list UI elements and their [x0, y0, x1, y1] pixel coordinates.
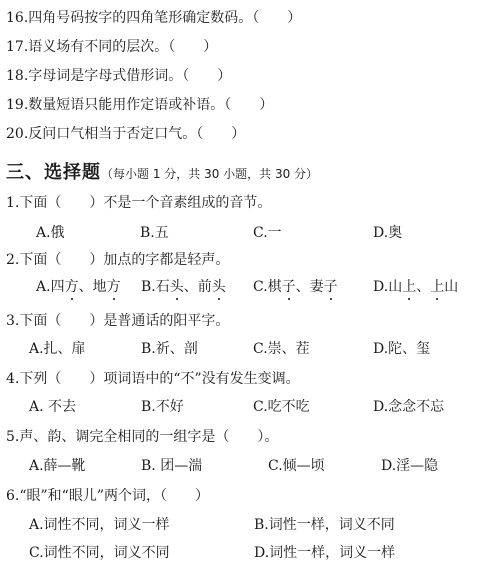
question-text: 字母词是字母式借形词。（ ） [28, 68, 231, 84]
option-d: D.陀、玺 [373, 340, 430, 358]
option-d: D.淫—隐 [381, 457, 438, 475]
emphasis-dot: 方 [65, 278, 79, 296]
option-a: A.薛—靴 [29, 457, 86, 475]
question-text: 数量短语只能用作定语或补语。（ ） [28, 97, 273, 113]
question-number: 16. [6, 10, 28, 26]
emphasis-dot: 头 [212, 278, 226, 296]
question-number: 1. [6, 195, 19, 211]
emphasis-dot: 子 [324, 278, 338, 296]
question-number: 5. [6, 429, 19, 445]
question-number: 6. [6, 488, 19, 504]
question-number: 17. [6, 39, 28, 55]
question-number: 20. [6, 126, 28, 142]
option-c: C.倾—顷 [268, 457, 325, 475]
question-text: 四角号码按字的四角笔形确定数码。（ ） [28, 10, 301, 26]
option-b: B.祈、剖 [141, 340, 198, 358]
option-c: C.吃不吃 [253, 398, 310, 416]
question-18: 18.字母词是字母式借形词。（ ） [6, 67, 231, 85]
question-2: 2.下面（ ）加点的字都是轻声。 [6, 251, 229, 269]
question-4: 4.下列（ ）项词语中的“不”没有发生变调。 [6, 370, 300, 388]
question-1: 1.下面（ ）不是一个音素组成的音节。 [6, 194, 271, 212]
section-title: 三、选择题 [6, 162, 101, 183]
question-19: 19.数量短语只能用作定语或补语。（ ） [6, 96, 273, 114]
option-c: C.词性不同，词义不同 [29, 544, 170, 562]
option-c: C.一 [253, 224, 282, 242]
question-number: 19. [6, 97, 28, 113]
emphasis-dot: 方 [107, 278, 121, 296]
option-c: C.棋子、妻子 [253, 278, 338, 296]
question-text: 声、韵、调完全相同的一组字是（ ）。 [19, 429, 278, 445]
option-a: A. 不去 [29, 398, 76, 416]
option-d: D.山上、上山 [373, 278, 458, 296]
question-number: 4. [6, 371, 19, 387]
option-a: A.俄 [36, 224, 65, 242]
question-5: 5.声、韵、调完全相同的一组字是（ ）。 [6, 428, 278, 446]
question-text: 下面（ ）是普通话的阳平字。 [19, 313, 229, 329]
option-a: A.扎、扉 [29, 340, 86, 358]
section-note: （每小题 1 分，共 30 小题，共 30 分） [101, 167, 318, 181]
option-b: B.词性一样，词义不同 [254, 516, 395, 534]
option-b: B.不好 [141, 398, 184, 416]
question-text: “眼”和“眼儿”两个词，（ ） [19, 488, 209, 504]
question-text: 语义场有不同的层次。（ ） [28, 39, 217, 55]
option-d: D.奥 [373, 224, 402, 242]
question-number: 2. [6, 252, 19, 268]
option-b: B. 团—湍 [141, 457, 202, 475]
option-c: C.崇、茬 [253, 340, 310, 358]
option-b: B.五 [140, 224, 169, 242]
option-d: D.词性一样，词义一样 [254, 544, 395, 562]
section-heading: 三、选择题（每小题 1 分，共 30 小题，共 30 分） [6, 158, 318, 184]
option-a: A.四方、地方 [36, 278, 121, 296]
question-6: 6.“眼”和“眼儿”两个词，（ ） [6, 487, 209, 505]
question-text: 反问口气相当于否定口气。（ ） [28, 126, 245, 142]
question-text: 下面（ ）不是一个音素组成的音节。 [19, 195, 271, 211]
question-text: 下列（ ）项词语中的“不”没有发生变调。 [19, 371, 299, 387]
question-number: 3. [6, 313, 19, 329]
question-number: 18. [6, 68, 28, 84]
question-17: 17.语义场有不同的层次。（ ） [6, 38, 217, 56]
question-3: 3.下面（ ）是普通话的阳平字。 [6, 312, 229, 330]
option-a: A.词性不同，词义一样 [29, 516, 170, 534]
option-d: D.念念不忘 [373, 398, 444, 416]
emphasis-dot: 上 [430, 278, 444, 296]
emphasis-dot: 子 [282, 278, 296, 296]
emphasis-dot: 头 [170, 278, 184, 296]
option-b: B.石头、前头 [141, 278, 226, 296]
emphasis-dot: 上 [402, 278, 416, 296]
question-text: 下面（ ）加点的字都是轻声。 [19, 252, 229, 268]
question-16: 16.四角号码按字的四角笔形确定数码。（ ） [6, 9, 301, 27]
question-20: 20.反问口气相当于否定口气。（ ） [6, 125, 245, 143]
